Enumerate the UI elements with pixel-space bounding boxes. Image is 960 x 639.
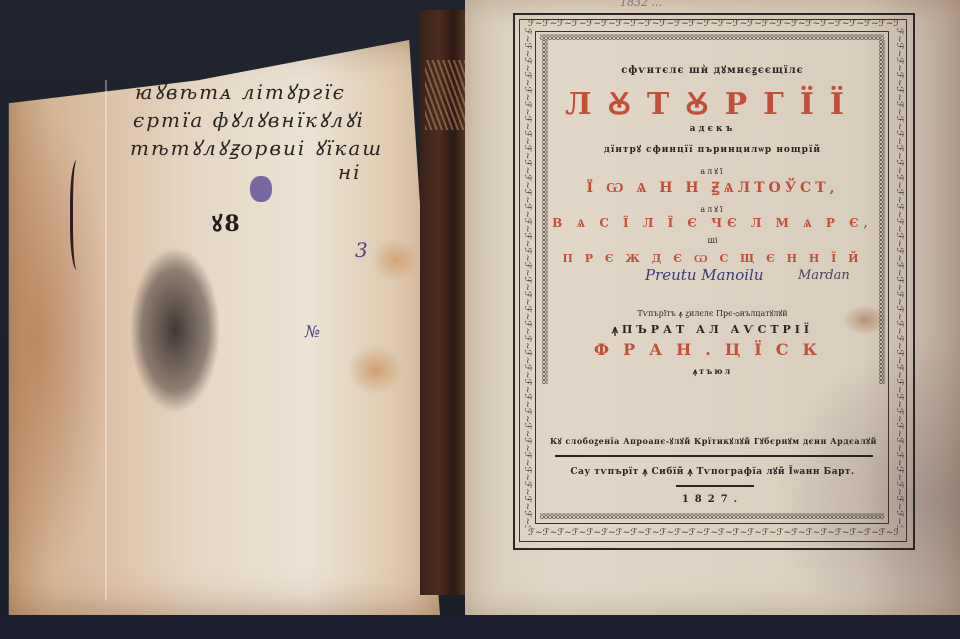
- vine-ornament-bottom: ℱ∼ℱ∼ℱ∼ℱ∼ℱ∼ℱ∼ℱ∼ℱ∼ℱ∼ℱ∼ℱ∼ℱ∼ℱ∼ℱ∼ℱ∼ℱ∼ℱ∼ℱ∼ℱ∼ℱ∼…: [528, 528, 898, 540]
- label-alui-1: алꙋї: [550, 166, 875, 177]
- handwriting-line-4: ні: [338, 160, 362, 184]
- paper-fold-line: [105, 80, 107, 600]
- main-title: ЛꙊТꙊРГЇЇ: [550, 82, 875, 123]
- owner-signature: Preutu Manoilu: [645, 266, 764, 284]
- vine-ornament-right: ℱ∼ℱ∼ℱ∼ℱ∼ℱ∼ℱ∼ℱ∼ℱ∼ℱ∼ℱ∼ℱ∼ℱ∼ℱ∼ℱ∼ℱ∼ℱ∼ℱ∼ℱ∼ℱ∼ℱ∼…: [892, 28, 904, 528]
- owner-signature-surname: Mardan: [798, 268, 850, 283]
- emperor-line: ꙟПЪРАТ АЛ АѴСТРІЇ: [550, 322, 875, 337]
- top-faded-inscription: 1832 ...: [620, 0, 662, 9]
- ink-blot-mark: ꙋ8: [212, 208, 242, 238]
- bead-ornament-left: ȣȣȣȣȣȣȣȣȣȣȣȣȣȣȣȣȣȣȣȣȣȣȣȣȣȣȣȣȣȣȣȣȣȣȣȣȣȣȣȣ…: [538, 40, 548, 512]
- label-si: ші: [550, 236, 875, 245]
- presanctified-heading: П Р Є Ж Д Є Ѡ С Щ Є Н Н Ї Й: [550, 252, 875, 265]
- violet-ink-stain: [250, 176, 272, 202]
- subtitle-adica: адєкъ: [550, 124, 875, 134]
- printed-under-line: Тѵпърїтъ ꙟ ꙁилєлє Прє-ѻнълцатꙋлꙋй: [550, 308, 875, 319]
- handwritten-numeral: 3: [355, 238, 370, 262]
- handwriting-line-3: тѣтꙋлꙋꙃорвиі ꙋїкаш: [130, 134, 383, 161]
- number-sign: №: [305, 322, 322, 341]
- subtitle-din: дїнтрꙋ сфинцїї пъринцилѡр нощрїй: [550, 142, 875, 155]
- vine-ornament-left: ℱ∼ℱ∼ℱ∼ℱ∼ℱ∼ℱ∼ℱ∼ℱ∼ℱ∼ℱ∼ℱ∼ℱ∼ℱ∼ℱ∼ℱ∼ℱ∼ℱ∼ℱ∼ℱ∼ℱ∼…: [520, 28, 532, 528]
- author-vasilie: В Ѧ С Ї Л Ї Є ЧЄ Л М Ѧ Р Є,: [550, 216, 875, 231]
- author-ioan: Ї Ѡ Ѧ Н Н ꙂѦЛТОЎСТ,: [550, 178, 875, 197]
- vine-ornament-top: ℱ∼ℱ∼ℱ∼ℱ∼ℱ∼ℱ∼ℱ∼ℱ∼ℱ∼ℱ∼ℱ∼ℱ∼ℱ∼ℱ∼ℱ∼ℱ∼ℱ∼ℱ∼ℱ∼ℱ∼…: [528, 19, 898, 31]
- printing-house-line: Сау тѵпърїт ꙟ Сибїй ꙟ Тѵпографїа лꙋй Їѡа…: [550, 464, 875, 477]
- bead-ornament-bottom: ȣȣȣȣȣȣȣȣȣȣȣȣȣȣȣȣȣȣȣȣȣȣȣȣȣȣȣȣȣȣȣȣȣȣȣȣȣȣȣȣ…: [540, 513, 884, 523]
- torn-spine-fibers: [425, 60, 465, 130]
- emperor-ordinal: ꙟтъюл: [550, 366, 875, 377]
- label-alui-2: алꙋї: [550, 204, 875, 215]
- handwriting-line-1: ꙗꙋвѣтᴀ літꙋргїє: [135, 78, 346, 105]
- bead-ornament-top: ȣȣȣȣȣȣȣȣȣȣȣȣȣȣȣȣȣȣȣȣȣȣȣȣȣȣȣȣȣȣȣȣȣȣȣȣȣȣȣȣ…: [540, 34, 884, 44]
- pre-title: сфѵнтєлє шѝ дꙋмнєꙃєєщїлє: [550, 62, 875, 76]
- handwriting-line-2: єртїа фꙋлꙋвнїкꙋлꙋі: [133, 106, 365, 133]
- table-surface: [0, 615, 960, 639]
- short-divider-rule: [676, 485, 754, 487]
- emperor-name: ФРАН.ЦЇСК: [550, 340, 875, 359]
- ink-stroke: [70, 160, 87, 270]
- permission-line: Кꙋ слобоꙁенїа Апроапє-ꙋлꙋй Крїтикꙋлꙋй Гꙋ…: [550, 436, 875, 447]
- publication-year: 1827.: [550, 494, 875, 505]
- divider-rule: [555, 455, 873, 457]
